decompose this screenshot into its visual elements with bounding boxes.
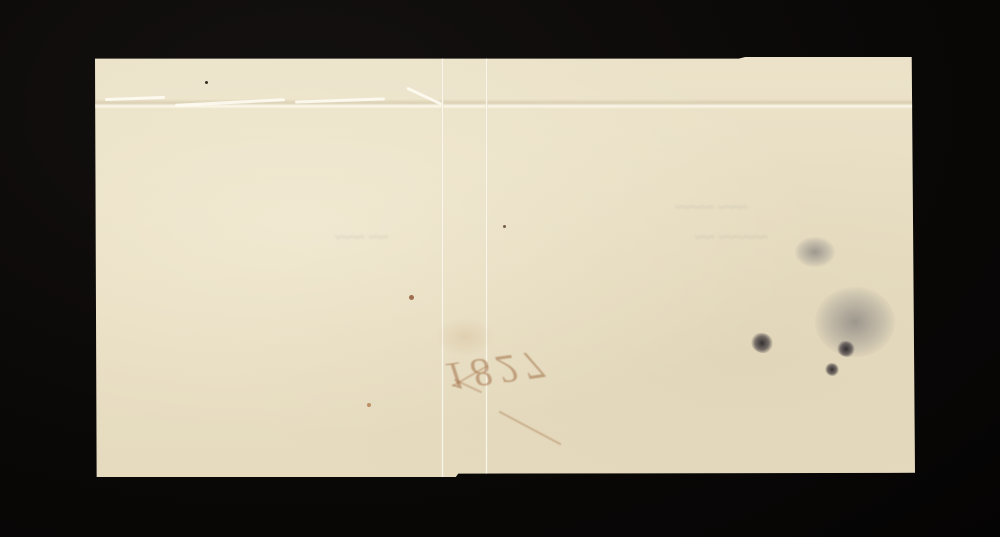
ink-blot	[751, 333, 773, 353]
show-through-text: ~~~ ~~~~	[675, 197, 748, 218]
ink-smudge	[815, 287, 895, 357]
foxing-spot	[409, 295, 414, 300]
show-through-text: ~~ ~~~	[335, 227, 388, 248]
handwriting-stroke	[499, 411, 562, 446]
foxing-spot	[503, 225, 506, 228]
ink-blot	[825, 363, 839, 376]
ink-smudge	[795, 237, 835, 267]
ink-dot	[205, 81, 208, 84]
ink-blot	[837, 341, 855, 357]
paper-fragment: ~~~ ~~~~ ~~~~~ ~~ ~~ ~~~ 1827	[95, 57, 915, 477]
show-through-text: ~~~~~ ~~	[695, 227, 768, 248]
foxing-spot	[367, 403, 371, 407]
vertical-fold-left	[441, 57, 444, 477]
vertical-fold-right	[485, 57, 488, 477]
